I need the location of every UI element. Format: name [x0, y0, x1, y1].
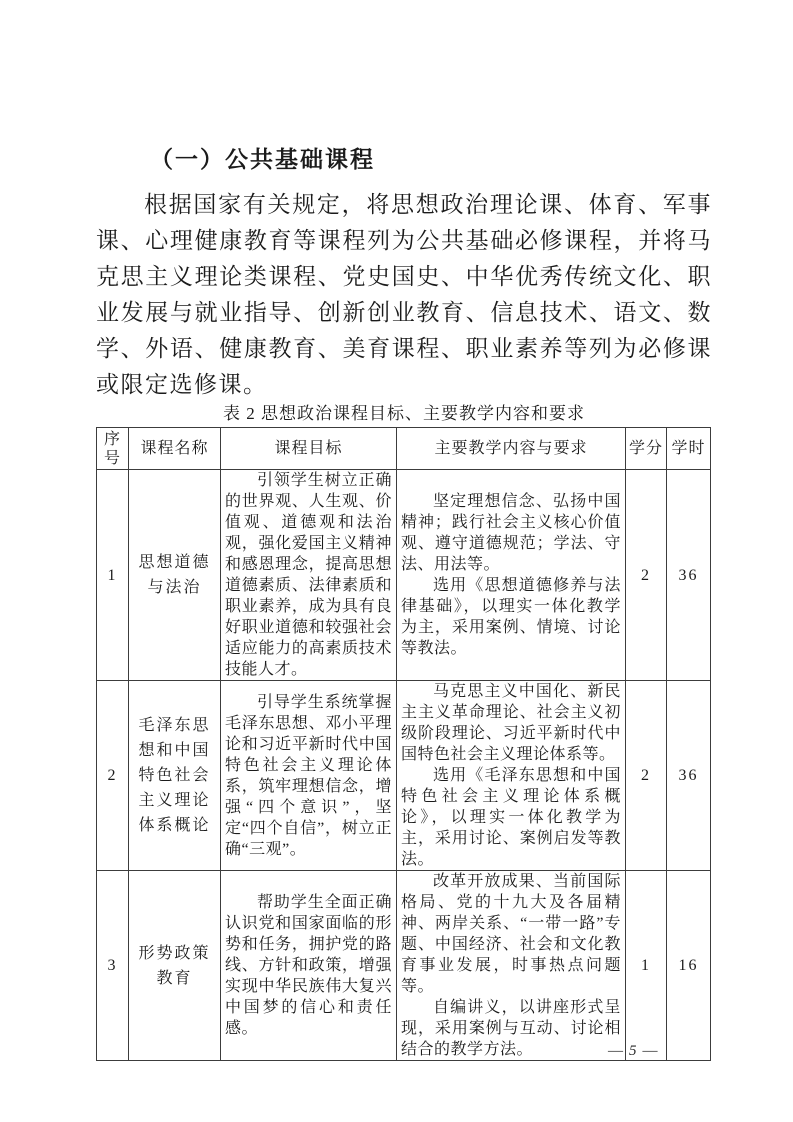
- table-row: 2 毛泽东思想和中国特色社会主义理论体系概论 引导学生系统掌握毛泽东思想、邓小平…: [97, 681, 711, 871]
- cell-hours: 36: [667, 470, 711, 681]
- cell-objective: 引导学生系统掌握毛泽东思想、邓小平理论和习近平新时代中国特色社会主义理论体系，筑…: [221, 681, 397, 871]
- objective-paragraph: 引导学生系统掌握毛泽东思想、邓小平理论和习近平新时代中国特色社会主义理论体系，筑…: [225, 692, 392, 860]
- content-paragraph-2: 选用《思想道德修养与法律基础》，以理实一体化教学为主，采用案例、情境、讨论等教法…: [401, 575, 621, 659]
- col-header-objective: 课程目标: [221, 428, 397, 470]
- cell-row-number: 2: [97, 681, 129, 871]
- cell-content: 马克思主义中国化、新民主主义革命理论、社会主义初级阶段理论、习近平新时代中国特色…: [397, 681, 626, 871]
- col-header-course-name: 课程名称: [129, 428, 221, 470]
- cell-credits: 2: [626, 470, 667, 681]
- table-header-row: 序号 课程名称 课程目标 主要教学内容与要求 学分 学时: [97, 428, 711, 470]
- table-caption: 表 2 思想政治课程目标、主要教学内容和要求: [96, 403, 712, 425]
- cell-objective: 帮助学生全面正确认识党和国家面临的形势和任务，拥护党的路线、方针和政策，增强实现…: [221, 871, 397, 1061]
- content-paragraph-1: 改革开放成果、当前国际格局、党的十九大及各届精神、两岸关系、“一带一路”专题、中…: [401, 871, 621, 997]
- cell-content: 坚定理想信念、弘扬中国精神；践行社会主义核心价值观、遵守道德规范；学法、守法、用…: [397, 470, 626, 681]
- objective-paragraph: 引领学生树立正确的世界观、人生观、价值观、道德观和法治观，强化爱国主义精神和感恩…: [225, 470, 392, 680]
- table-row: 1 思想道德与法治 引领学生树立正确的世界观、人生观、价值观、道德观和法治观，强…: [97, 470, 711, 681]
- objective-paragraph: 帮助学生全面正确认识党和国家面临的形势和任务，拥护党的路线、方针和政策，增强实现…: [225, 892, 392, 1039]
- cell-row-number: 3: [97, 871, 129, 1061]
- page-number-dash-left: —: [608, 1043, 625, 1059]
- course-table: 序号 课程名称 课程目标 主要教学内容与要求 学分 学时 1 思想道德与法治 引…: [96, 427, 711, 1061]
- document-page: （一）公共基础课程 根据国家有关规定，将思想政治理论课、体育、军事课、心理健康教…: [0, 0, 793, 1122]
- document-content: （一）公共基础课程 根据国家有关规定，将思想政治理论课、体育、军事课、心理健康教…: [96, 145, 712, 1061]
- page-number-dash-right: —: [643, 1043, 660, 1059]
- col-header-no: 序号: [97, 428, 129, 470]
- content-paragraph-1: 马克思主义中国化、新民主主义革命理论、社会主义初级阶段理论、习近平新时代中国特色…: [401, 681, 621, 765]
- cell-row-number: 1: [97, 470, 129, 681]
- col-header-credits: 学分: [626, 428, 667, 470]
- content-paragraph-1: 坚定理想信念、弘扬中国精神；践行社会主义核心价值观、遵守道德规范；学法、守法、用…: [401, 491, 621, 575]
- cell-course-name: 形势政策教育: [129, 871, 221, 1061]
- page-number: —5—: [608, 1043, 660, 1060]
- cell-course-name: 思想道德与法治: [129, 470, 221, 681]
- cell-objective: 引领学生树立正确的世界观、人生观、价值观、道德观和法治观，强化爱国主义精神和感恩…: [221, 470, 397, 681]
- cell-course-name: 毛泽东思想和中国特色社会主义理论体系概论: [129, 681, 221, 871]
- content-paragraph-2: 自编讲义，以讲座形式呈现，采用案例与互动、讨论相结合的教学方法。: [401, 997, 621, 1060]
- content-paragraph-2: 选用《毛泽东思想和中国特色社会主义理论体系概论》，以理实一体化教学为主，采用讨论…: [401, 765, 621, 870]
- body-paragraph: 根据国家有关规定，将思想政治理论课、体育、军事课、心理健康教育等课程列为公共基础…: [96, 187, 712, 403]
- table-row: 3 形势政策教育 帮助学生全面正确认识党和国家面临的形势和任务，拥护党的路线、方…: [97, 871, 711, 1061]
- page-number-value: 5: [625, 1043, 643, 1059]
- col-header-hours: 学时: [667, 428, 711, 470]
- cell-credits: 2: [626, 681, 667, 871]
- cell-hours: 16: [667, 871, 711, 1061]
- section-heading: （一）公共基础课程: [96, 145, 712, 175]
- col-header-content: 主要教学内容与要求: [397, 428, 626, 470]
- cell-credits: 1: [626, 871, 667, 1061]
- cell-content: 改革开放成果、当前国际格局、党的十九大及各届精神、两岸关系、“一带一路”专题、中…: [397, 871, 626, 1061]
- cell-hours: 36: [667, 681, 711, 871]
